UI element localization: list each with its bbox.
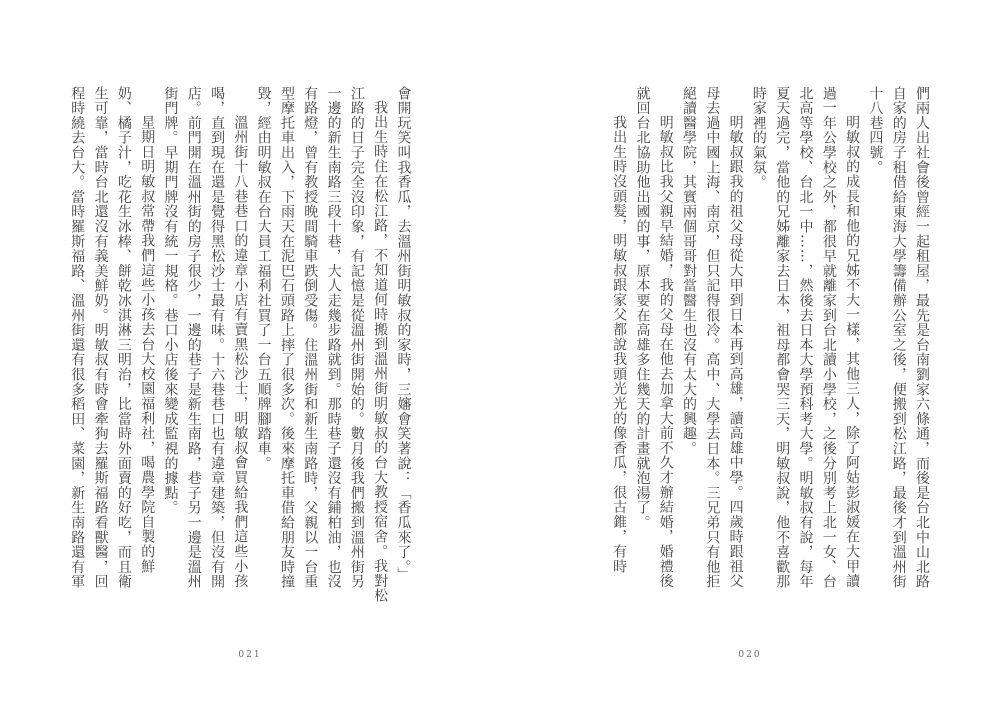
text-column: 明敏叔跟我的祖父母從大甲到日本再到高雄，讀高雄中學。四歲時跟祖父 [723,86,746,589]
text-column: 自家的房子租借給東海大學籌備辦公室之後，便搬到松江路，最後才到溫州街 [886,86,909,589]
text-column: 我出生時沒頭髮，明敏叔跟家父都說我頭光光的像香瓜，很古錐，有時 [607,86,630,589]
text-column: 江路的日子完全沒印象，有記憶是從溫州街開始的。數月後我們搬到溫州街另 [345,86,368,603]
page-number: 020 [500,650,1000,660]
text-column: 會開玩笑叫我香瓜，去溫州街明敏叔的家時，三嬸會笑著說：「香瓜來了。」 [391,86,414,603]
text-column: 程時繞去台大。當時羅斯福路、溫州街還有很多稻田、菜園，新生南路還有軍 [65,86,88,603]
text-block-left: 會開玩笑叫我香瓜，去溫州街明敏叔的家時，三嬸會笑著說：「香瓜來了。」 我出生時住… [65,86,414,603]
text-column: 有路燈，曾有教授晚間騎車跌倒受傷。住溫州街和新生南路時，父親以一台重 [298,86,321,603]
book-spread: 們兩人出社會後曾經一起租屋，最先是台南劉家六條通，而後是台北中山北路 自家的房子… [0,0,1000,710]
page-left: 會開玩笑叫我香瓜，去溫州街明敏叔的家時，三嬸會笑著說：「香瓜來了。」 我出生時住… [0,0,500,710]
page-number: 021 [0,650,500,660]
text-column: 星期日明敏叔常帶我們這些小孩去台大校園福利社，喝農學院自製的鮮 [135,86,158,603]
text-column: 型摩托車出入，下雨天在泥巴石頭路上摔了很多次。後來摩托車借給朋友時撞 [275,86,298,603]
text-column: 明敏叔的成長和他的兄姊不大一樣，其他三人，除了阿姑彭淑媛在大甲讀 [840,86,863,589]
text-column: 就回台北協助他出國的事，原本要在高雄多住幾天的計畫就泡湯了。 [630,86,653,589]
text-column: 北高等學校、台北一中……，然後去日本大學預科考大學。明敏叔有說，每年 [793,86,816,589]
text-column: 過一年公學校之外，都很早就離家到台北讀小學校，之後分別考上北一女、台 [817,86,840,589]
page-right: 們兩人出社會後曾經一起租屋，最先是台南劉家六條通，而後是台北中山北路 自家的房子… [500,0,1000,710]
text-column: 生可靠，當時台北還沒有義美鮮奶。明敏叔有時會牽狗去羅斯福路看獸醫，回 [88,86,111,603]
text-column: 街門牌。早期門牌沒有統一規格。巷口小店後來變成監視的據點。 [158,86,181,603]
text-column: 絕讀醫學院，其實兩個哥哥對當醫生也沒有太大的興趣。 [677,86,700,589]
text-column: 們兩人出社會後曾經一起租屋，最先是台南劉家六條通，而後是台北中山北路 [910,86,933,589]
text-block-right: 們兩人出社會後曾經一起租屋，最先是台南劉家六條通，而後是台北中山北路 自家的房子… [607,86,933,589]
text-column: 奶、橘子汁，吃花生冰棒、餅乾冰淇淋三明治，比當時外面賣的好吃，而且衛 [112,86,135,603]
text-column: 毀，經由明敏叔在台大員工福利社買了一台五順牌腳踏車。 [251,86,274,603]
text-column: 時家裡的氣氛。 [747,86,770,589]
text-column: 我出生時住在松江路，不知道何時搬到溫州街明敏叔的台大教授宿舍。我對松 [368,86,391,603]
text-column: 夏天過完，當他的兄姊離家去日本，祖母都會哭三天，明敏叔說，他不喜歡那 [770,86,793,589]
text-column: 一邊的新生南路三段十巷，大人走幾步路就到。那時巷子還沒有鋪柏油，也沒 [321,86,344,603]
text-column: 明敏叔比我父親早結婚，我的父母在他去加拿大前不久才辦結婚，婚禮後 [653,86,676,589]
text-column: 店。前門開在溫州街的房子很少，一邊的巷子是新生南路，巷子另一邊是溫州 [181,86,204,603]
text-column: 喝，直到現在還是覺得黑松沙士最有味。十六巷巷口也有違章建築，但沒有開 [205,86,228,603]
text-column: 母去過中國上海、南京，但只記得很冷。高中、大學去日本。三兄弟只有他拒 [700,86,723,589]
text-column: 溫州街十八巷巷口的違章小店有賣黑松沙士，明敏叔會買給我們這些小孩 [228,86,251,603]
text-column: 十八巷四號。 [863,86,886,589]
